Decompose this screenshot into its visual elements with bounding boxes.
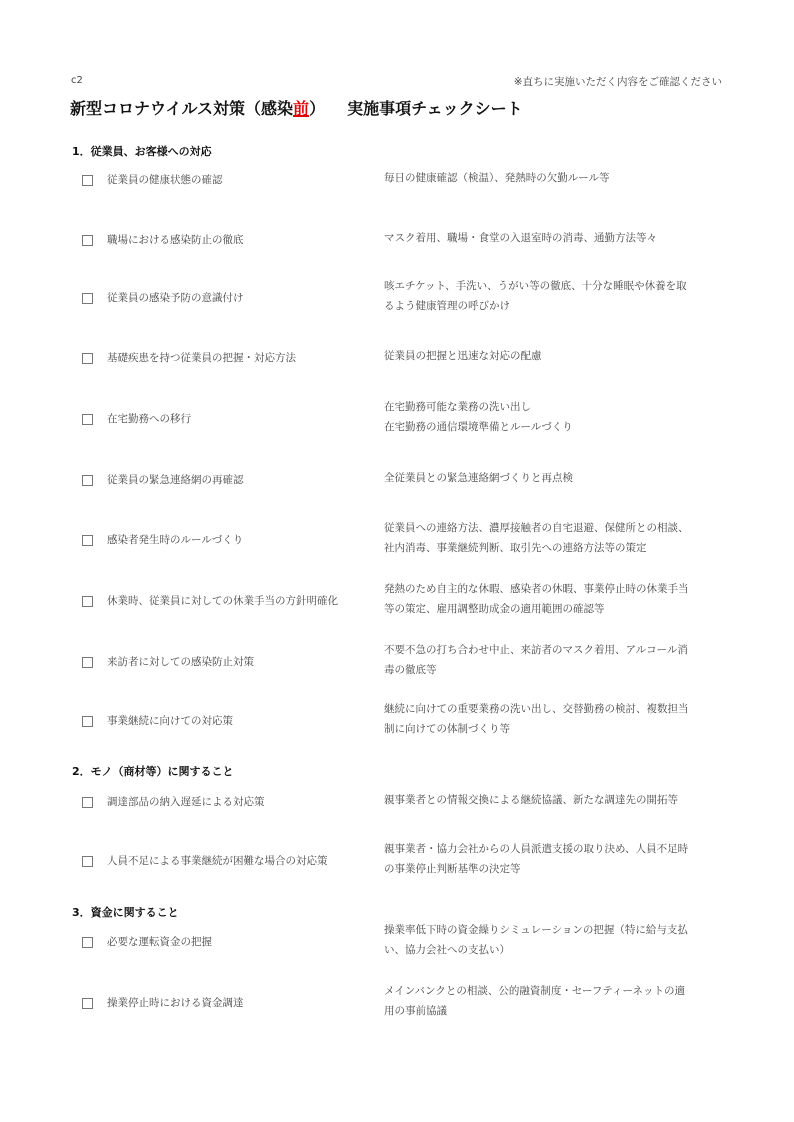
desc-line: 社内消毒、事業継続判断、取引先への連絡方法等の策定 (384, 538, 729, 558)
desc-line: 在宅勤務可能な業務の洗い出し (384, 397, 729, 417)
desc-line: 不要不急の打ち合わせ中止、来訪者のマスク着用、アルコール消 (384, 640, 729, 660)
desc-line: の事業停止判断基準の決定等 (384, 859, 729, 879)
desc-line: い、協力会社への支払い） (384, 940, 729, 960)
desc-line: 従業員の把握と迅速な対応の配慮 (384, 346, 729, 366)
checkbox[interactable] (82, 353, 93, 364)
item-label: 操業停止時における資金調達 (107, 995, 244, 1010)
desc-line: 咳エチケット、手洗い、うがい等の徹底、十分な睡眠や休養を取 (384, 276, 729, 296)
checkbox[interactable] (82, 797, 93, 808)
checkbox[interactable] (82, 535, 93, 546)
desc-line: 親事業者との情報交換による継続協議、新たな調達先の開拓等 (384, 790, 729, 810)
item-description: 全従業員との緊急連絡網づくりと再点検 (384, 468, 729, 488)
item-description: 従業員の把握と迅速な対応の配慮 (384, 346, 729, 366)
item-description: 咳エチケット、手洗い、うがい等の徹底、十分な睡眠や休養を取 るよう健康管理の呼び… (384, 276, 729, 316)
title-part3: 実施事項チェックシート (347, 99, 523, 118)
item-description: 不要不急の打ち合わせ中止、来訪者のマスク着用、アルコール消 毒の徹底等 (384, 640, 729, 680)
checkbox[interactable] (82, 475, 93, 486)
item-label: 休業時、従業員に対しての休業手当の方針明確化 (107, 593, 338, 608)
checkbox[interactable] (82, 856, 93, 867)
item-description: 毎日の健康確認（検温）、発熱時の欠勤ルール等 (384, 168, 729, 188)
checkbox[interactable] (82, 716, 93, 727)
item-label: 感染者発生時のルールづくり (107, 532, 243, 547)
section-heading-1: 1．従業員、お客様への対応 (72, 143, 212, 159)
desc-line: 親事業者・協力会社からの人員派遣支援の取り決め、人員不足時 (384, 839, 729, 859)
item-label: 従業員の緊急連絡網の再確認 (107, 472, 244, 487)
desc-line: 操業率低下時の資金繰りシミュレーションの把握（特に給与支払 (384, 920, 729, 940)
checkbox[interactable] (82, 657, 93, 668)
item-label: 基礎疾患を持つ従業員の把握・対応方法 (107, 350, 296, 365)
item-label: 来訪者に対しての感染防止対策 (107, 654, 254, 669)
item-label: 職場における感染防止の徹底 (107, 232, 244, 247)
checklist-page: c2 ※直ちに実施いただく内容をご確認ください 新型コロナウイルス対策（感染前）… (0, 0, 794, 1122)
desc-line: 毎日の健康確認（検温）、発熱時の欠勤ルール等 (384, 168, 729, 188)
item-description: 従業員への連絡方法、濃厚接触者の自宅退避、保健所との相談、 社内消毒、事業継続判… (384, 518, 729, 558)
item-description: 親事業者・協力会社からの人員派遣支援の取り決め、人員不足時 の事業停止判断基準の… (384, 839, 729, 879)
item-label: 在宅勤務への移行 (107, 411, 191, 426)
item-label: 従業員の健康状態の確認 (107, 172, 223, 187)
title-part1: 新型コロナウイルス対策（感染 (70, 99, 293, 118)
desc-line: 制に向けての体制づくり等 (384, 719, 729, 739)
checkbox[interactable] (82, 175, 93, 186)
desc-line: 全従業員との緊急連絡網づくりと再点検 (384, 468, 729, 488)
desc-line: 発熱のため自主的な休暇、感染者の休暇、事業停止時の休業手当 (384, 579, 729, 599)
desc-line: 等の策定、雇用調整助成金の適用範囲の確認等 (384, 599, 729, 619)
item-label: 事業継続に向けての対応策 (107, 713, 233, 728)
title-part2: ） (309, 99, 325, 118)
section-heading-2: 2．モノ（商材等）に関すること (72, 763, 234, 779)
item-description: 親事業者との情報交換による継続協議、新たな調達先の開拓等 (384, 790, 729, 810)
desc-line: 在宅勤務の通信環境準備とルールづくり (384, 417, 729, 437)
checkbox[interactable] (82, 998, 93, 1009)
title-highlight: 前 (293, 99, 309, 118)
document-code: c2 (71, 75, 83, 86)
item-label: 調達部品の納入遅延による対応策 (107, 794, 265, 809)
checkbox[interactable] (82, 414, 93, 425)
page-title: 新型コロナウイルス対策（感染前）実施事項チェックシート (70, 96, 523, 119)
notice-text: ※直ちに実施いただく内容をご確認ください (514, 74, 722, 89)
checkbox[interactable] (82, 235, 93, 246)
desc-line: 従業員への連絡方法、濃厚接触者の自宅退避、保健所との相談、 (384, 518, 729, 538)
item-description: メインバンクとの相談、公的融資制度・セーフティーネットの適 用の事前協議 (384, 981, 729, 1021)
item-description: 継続に向けての重要業務の洗い出し、交替勤務の検討、複数担当 制に向けての体制づく… (384, 699, 729, 739)
desc-line: 用の事前協議 (384, 1001, 729, 1021)
desc-line: 毒の徹底等 (384, 660, 729, 680)
desc-line: るよう健康管理の呼びかけ (384, 296, 729, 316)
item-description: 在宅勤務可能な業務の洗い出し 在宅勤務の通信環境準備とルールづくり (384, 397, 729, 437)
item-description: 発熱のため自主的な休暇、感染者の休暇、事業停止時の休業手当 等の策定、雇用調整助… (384, 579, 729, 619)
item-description: マスク着用、職場・食堂の入退室時の消毒、通勤方法等々 (384, 228, 729, 248)
desc-line: メインバンクとの相談、公的融資制度・セーフティーネットの適 (384, 981, 729, 1001)
checkbox[interactable] (82, 596, 93, 607)
item-description: 操業率低下時の資金繰りシミュレーションの把握（特に給与支払 い、協力会社への支払… (384, 920, 729, 960)
section-heading-3: 3．資金に関すること (72, 904, 179, 920)
item-label: 人員不足による事業継続が困難な場合の対応策 (107, 853, 328, 868)
item-label: 必要な運転資金の把握 (107, 934, 212, 949)
checkbox[interactable] (82, 937, 93, 948)
desc-line: 継続に向けての重要業務の洗い出し、交替勤務の検討、複数担当 (384, 699, 729, 719)
desc-line: マスク着用、職場・食堂の入退室時の消毒、通勤方法等々 (384, 228, 729, 248)
item-label: 従業員の感染予防の意識付け (107, 290, 244, 305)
checkbox[interactable] (82, 293, 93, 304)
